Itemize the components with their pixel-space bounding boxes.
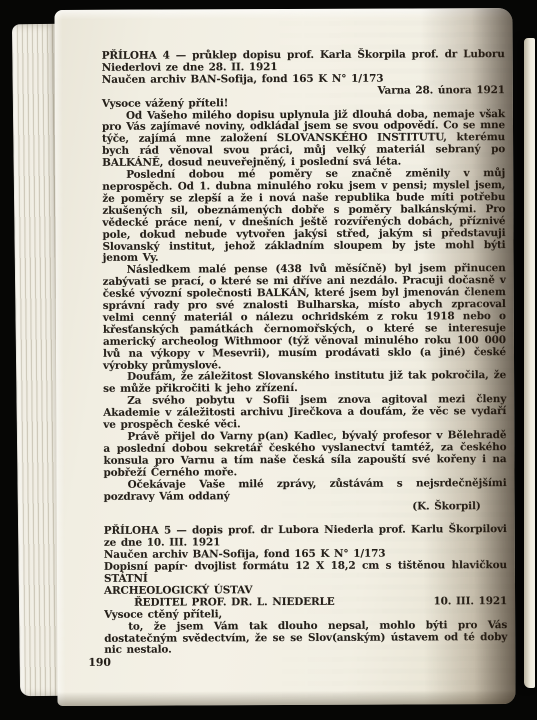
letter-paragraph: Doufám, že záležitost Slovanského instit… — [103, 371, 506, 397]
appendix-4-heading: PŘÍLOHA 4 — průklep dopisu prof. Karla Š… — [102, 49, 505, 75]
page-text-block: PŘÍLOHA 4 — průklep dopisu prof. Karla Š… — [102, 49, 508, 657]
letter-signature: (K. Škorpil) — [104, 501, 507, 515]
appendix-4-section: PŘÍLOHA 4 — průklep dopisu prof. Karla Š… — [102, 49, 507, 515]
letter-paragraph: Za svého pobytu v Sofii jsem znova agito… — [103, 394, 506, 431]
letter-paragraph: to, že jsem Vám tak dlouho nepsal, mohlo… — [104, 620, 507, 657]
appendix-5-dateline: 10. III. 1921 — [434, 596, 508, 608]
letter-paragraph: Následkem malé pense (438 lvů měsíčně) b… — [103, 263, 506, 372]
letterhead-director-name: ŘEDITEL PROF. DR. L. NIEDERLE — [134, 597, 335, 610]
letter-paragraph: Od Vašeho milého dopisu uplynula již dlo… — [102, 109, 505, 170]
facing-page-sliver — [524, 38, 535, 688]
page-number: 190 — [88, 656, 111, 669]
scanned-book-photo: PŘÍLOHA 4 — průklep dopisu prof. Karla Š… — [0, 0, 537, 720]
appendix-5-section: PŘÍLOHA 5 — dopis prof. dr Lubora Nieder… — [104, 524, 508, 657]
letterhead-director-row: ŘEDITEL PROF. DR. L. NIEDERLE 10. III. 1… — [104, 596, 507, 610]
appendix-4-dateline: Varna 28. února 1921 — [102, 85, 505, 99]
letter-paragraph: Poslední dobou mé poměry se značně změni… — [102, 168, 505, 265]
letter-paragraph: Právě přijel do Varny p(an) Kadlec, býva… — [103, 430, 506, 479]
book-page: PŘÍLOHA 4 — průklep dopisu prof. Karla Š… — [54, 8, 515, 706]
appendix-5-paper-description: Dopisní papír· dvojlist formátu 12 X 18,… — [104, 560, 507, 586]
appendix-5-heading: PŘÍLOHA 5 — dopis prof. dr Lubora Nieder… — [104, 524, 507, 550]
